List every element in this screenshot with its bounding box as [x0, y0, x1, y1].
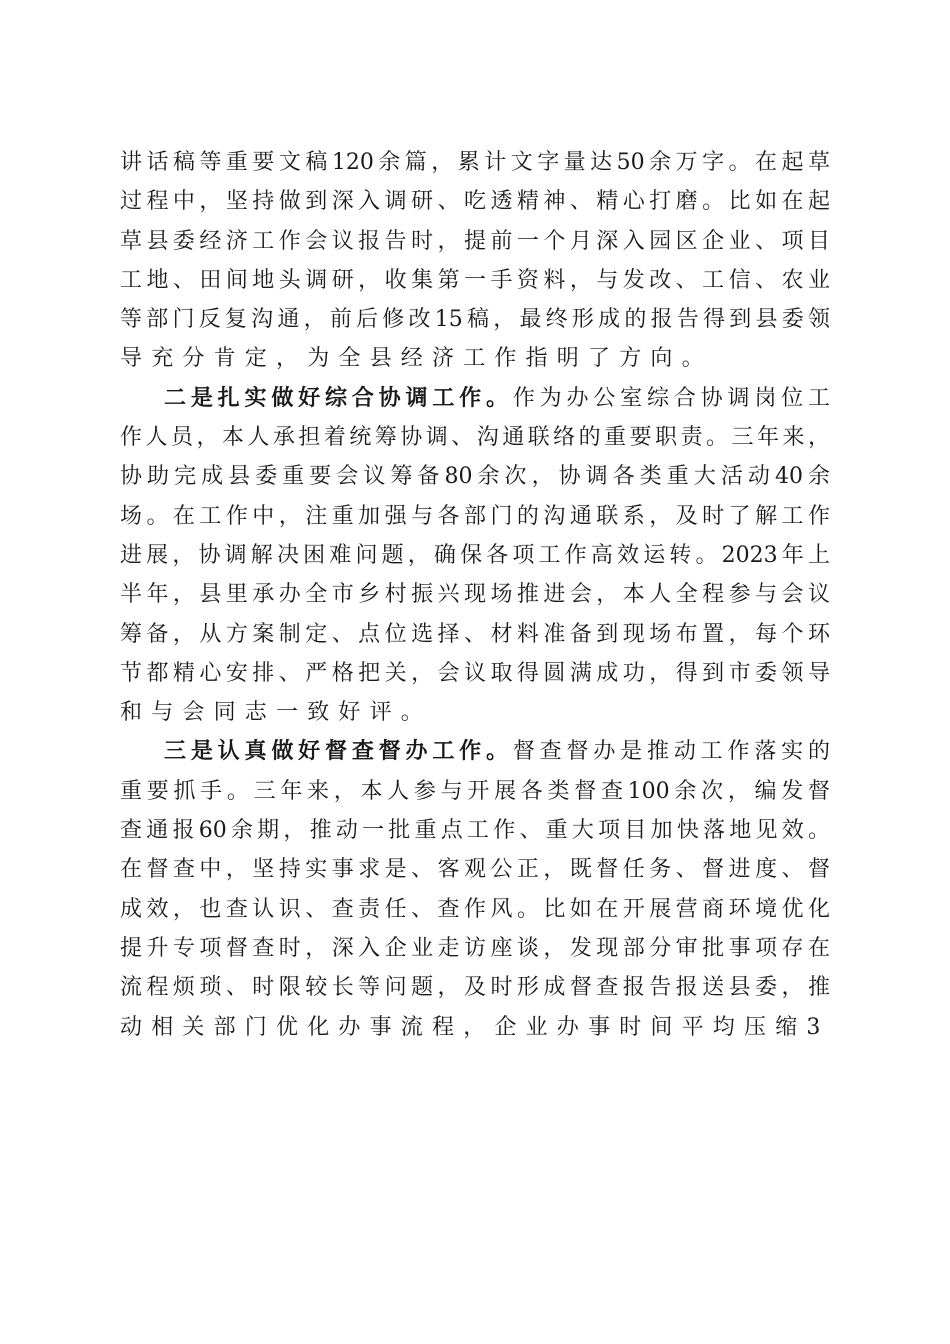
text-line: 查通报60余期，推动一批重点工作、重大项目加快落地见效。 — [120, 811, 830, 850]
text-line: 流程烦琐、时限较长等问题，及时形成督查报告报送县委，推 — [120, 968, 830, 1007]
paragraph-drafting-continuation: 讲话稿等重要文稿120余篇，累计文字量达50余万字。在起草 过程中，坚持做到深入… — [120, 143, 830, 379]
text-line: 重要抓手。三年来，本人参与开展各类督查100余次，编发督 — [120, 772, 830, 811]
text-line: 和与会同志一致好评。 — [120, 693, 830, 732]
text-line: 节都精心安排、严格把关，会议取得圆满成功，得到市委领导 — [120, 654, 830, 693]
text-line: 半年，县里承办全市乡村振兴现场推进会，本人全程参与会议 — [120, 575, 830, 614]
text-line: 讲话稿等重要文稿120余篇，累计文字量达50余万字。在起草 — [120, 143, 830, 182]
text-line: 导充分肯定，为全县经济工作指明了方向。 — [120, 339, 830, 378]
text-line: 在督查中，坚持实事求是、客观公正，既督任务、督进度、督 — [120, 850, 830, 889]
paragraph-heading: 二是扎实做好综合协调工作。 — [164, 385, 513, 411]
paragraph-heading: 三是认真做好督查督办工作。 — [164, 738, 513, 764]
document-page: 讲话稿等重要文稿120余篇，累计文字量达50余万字。在起草 过程中，坚持做到深入… — [0, 0, 950, 1344]
text-line: 筹备，从方案制定、点位选择、材料准备到现场布置，每个环 — [120, 615, 830, 654]
paragraph-supervision: 三是认真做好督查督办工作。督查督办是推动工作落实的 重要抓手。三年来，本人参与开… — [120, 732, 830, 1046]
text-line: 过程中，坚持做到深入调研、吃透精神、精心打磨。比如在起 — [120, 182, 830, 221]
text-line: 场。在工作中，注重加强与各部门的沟通联系，及时了解工作 — [120, 497, 830, 536]
text-line: 进展，协调解决困难问题，确保各项工作高效运转。2023年上 — [120, 536, 830, 575]
text-line: 作人员，本人承担着统筹协调、沟通联络的重要职责。三年来， — [120, 418, 830, 457]
text-line: 动相关部门优化办事流程，企业办事时间平均压缩30%以上。 — [120, 1008, 830, 1047]
text-line: 协助完成县委重要会议筹备80余次，协调各类重大活动40余 — [120, 457, 830, 496]
paragraph-first-line: 二是扎实做好综合协调工作。作为办公室综合协调岗位工 — [120, 379, 830, 418]
paragraph-first-line: 三是认真做好督查督办工作。督查督办是推动工作落实的 — [120, 732, 830, 771]
document-body: 讲话稿等重要文稿120余篇，累计文字量达50余万字。在起草 过程中，坚持做到深入… — [120, 143, 830, 1047]
paragraph-coordination: 二是扎实做好综合协调工作。作为办公室综合协调岗位工 作人员，本人承担着统筹协调、… — [120, 379, 830, 733]
text-line: 工地、田间地头调研，收集第一手资料，与发改、工信、农业 — [120, 261, 830, 300]
text-run: 作为办公室综合协调岗位工 — [513, 386, 830, 411]
text-run: 督查督办是推动工作落实的 — [513, 739, 830, 764]
text-line: 草县委经济工作会议报告时，提前一个月深入园区企业、项目 — [120, 222, 830, 261]
text-line: 成效，也查认识、查责任、查作风。比如在开展营商环境优化 — [120, 890, 830, 929]
text-line: 提升专项督查时，深入企业走访座谈，发现部分审批事项存在 — [120, 929, 830, 968]
text-line: 等部门反复沟通，前后修改15稿，最终形成的报告得到县委领 — [120, 300, 830, 339]
